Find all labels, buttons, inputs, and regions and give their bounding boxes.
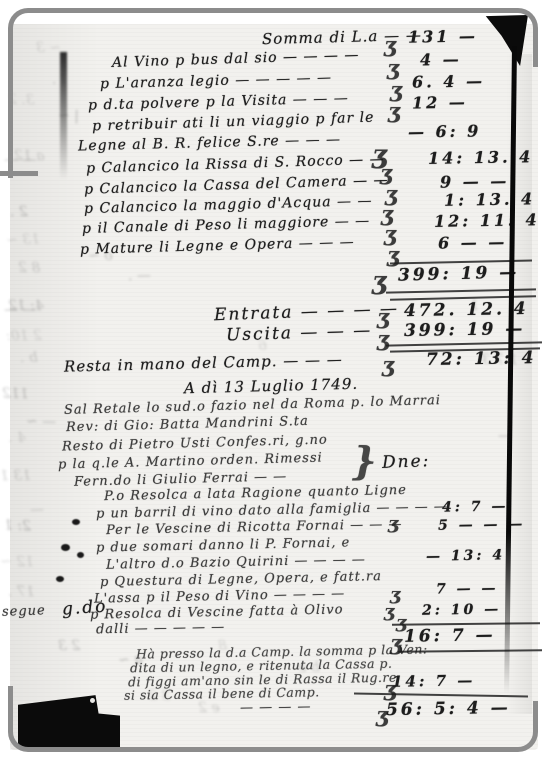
bleed-mark: b . — [20, 350, 38, 367]
ledger-entry-amount: 14: 13. 4 — [428, 147, 534, 168]
viewer-frame-left — [8, 58, 13, 178]
margin-note: segue — [2, 603, 46, 620]
bleed-mark: — ~ — [26, 414, 56, 431]
lira-mark: ʒ — [377, 326, 390, 351]
bleed-mark: 12 ~ — [0, 554, 34, 571]
ledger-entry-amount: 6 — — — [438, 232, 508, 252]
bleed-mark: 2: 1 — [4, 518, 32, 535]
bleed-mark: 13 ~ — [6, 231, 41, 248]
closing-amount: 14: 7 — — [392, 671, 476, 690]
attestation-brace-label: Dne: — [382, 451, 431, 473]
ledger-entry-amount: 6. 4 — — [412, 71, 485, 91]
bleed-mark: 13 1 — [0, 468, 31, 485]
bleed-mark: 112 — [2, 386, 29, 403]
uscita-subtotal: 399: 19 — — [398, 262, 520, 285]
bleed-mark: 2 3 — [58, 638, 81, 654]
viewer-frame-stub — [0, 171, 38, 176]
bleed-mark: 2 . — [10, 204, 28, 220]
bleed-mark: 17 . — [8, 584, 35, 600]
ledger-entry-amount: 12 — — [412, 93, 468, 113]
viewer-frame-top — [8, 8, 538, 67]
bleed-mark: — . — [128, 268, 151, 284]
resta-amount: 72: 13: 4 — [426, 348, 537, 370]
ledger-entry-amount: — 6: 9 — [408, 121, 482, 141]
lira-mark: ʒ — [382, 352, 395, 377]
ink-blot — [56, 576, 64, 582]
margin-mark: g.do — [61, 596, 108, 619]
lira-mark: ʒ — [384, 676, 397, 701]
lira-mark: ʒ — [388, 98, 401, 123]
bleed-mark: 2 10: — [6, 328, 42, 345]
ledger-entry-amount: 4: 7 — — [442, 498, 509, 515]
bleed-mark: — — [30, 502, 45, 518]
bleed-mark: 4 . — [8, 430, 26, 446]
attestation-brace: } — [352, 438, 377, 483]
ledger-entry-amount: 1: 13. 4 — [444, 189, 535, 210]
lira-mark: ʒ — [372, 266, 387, 295]
ink-blot — [72, 519, 80, 525]
binding-shadow — [60, 52, 67, 180]
ink-blot — [61, 544, 70, 551]
bleed-mark: 8 2 — [18, 260, 41, 277]
ink-blot — [77, 552, 84, 558]
ledger-entry-label: dalli — — — — — — [96, 620, 226, 638]
bleed-mark: — — — [4, 302, 36, 318]
lira-mark: ʒ — [384, 601, 395, 622]
uscita-amount: 399: 19 — — [404, 319, 526, 341]
lira-mark: ʒ — [387, 242, 400, 267]
ledger-entry-amount: — 13: 4 — [426, 547, 505, 564]
ledger-entry-amount: 7 — — — [436, 580, 499, 597]
ledger-entry-amount: 12: 11: 4 — [434, 210, 540, 231]
ledger-entry-amount: 5 — — — — [438, 516, 526, 534]
viewer-frame-bottom — [8, 701, 538, 752]
ledger-entry-amount: 9 — — — [440, 171, 510, 191]
lira-mark: ʒ — [388, 513, 399, 534]
manuscript-scan: 3. 2a 12— —2 .13 ~8 24: 12— —2 10:b .112… — [0, 0, 546, 760]
lira-mark: ʒ — [390, 630, 403, 655]
ledger-entry-amount: 2: 10 — — [422, 601, 501, 618]
